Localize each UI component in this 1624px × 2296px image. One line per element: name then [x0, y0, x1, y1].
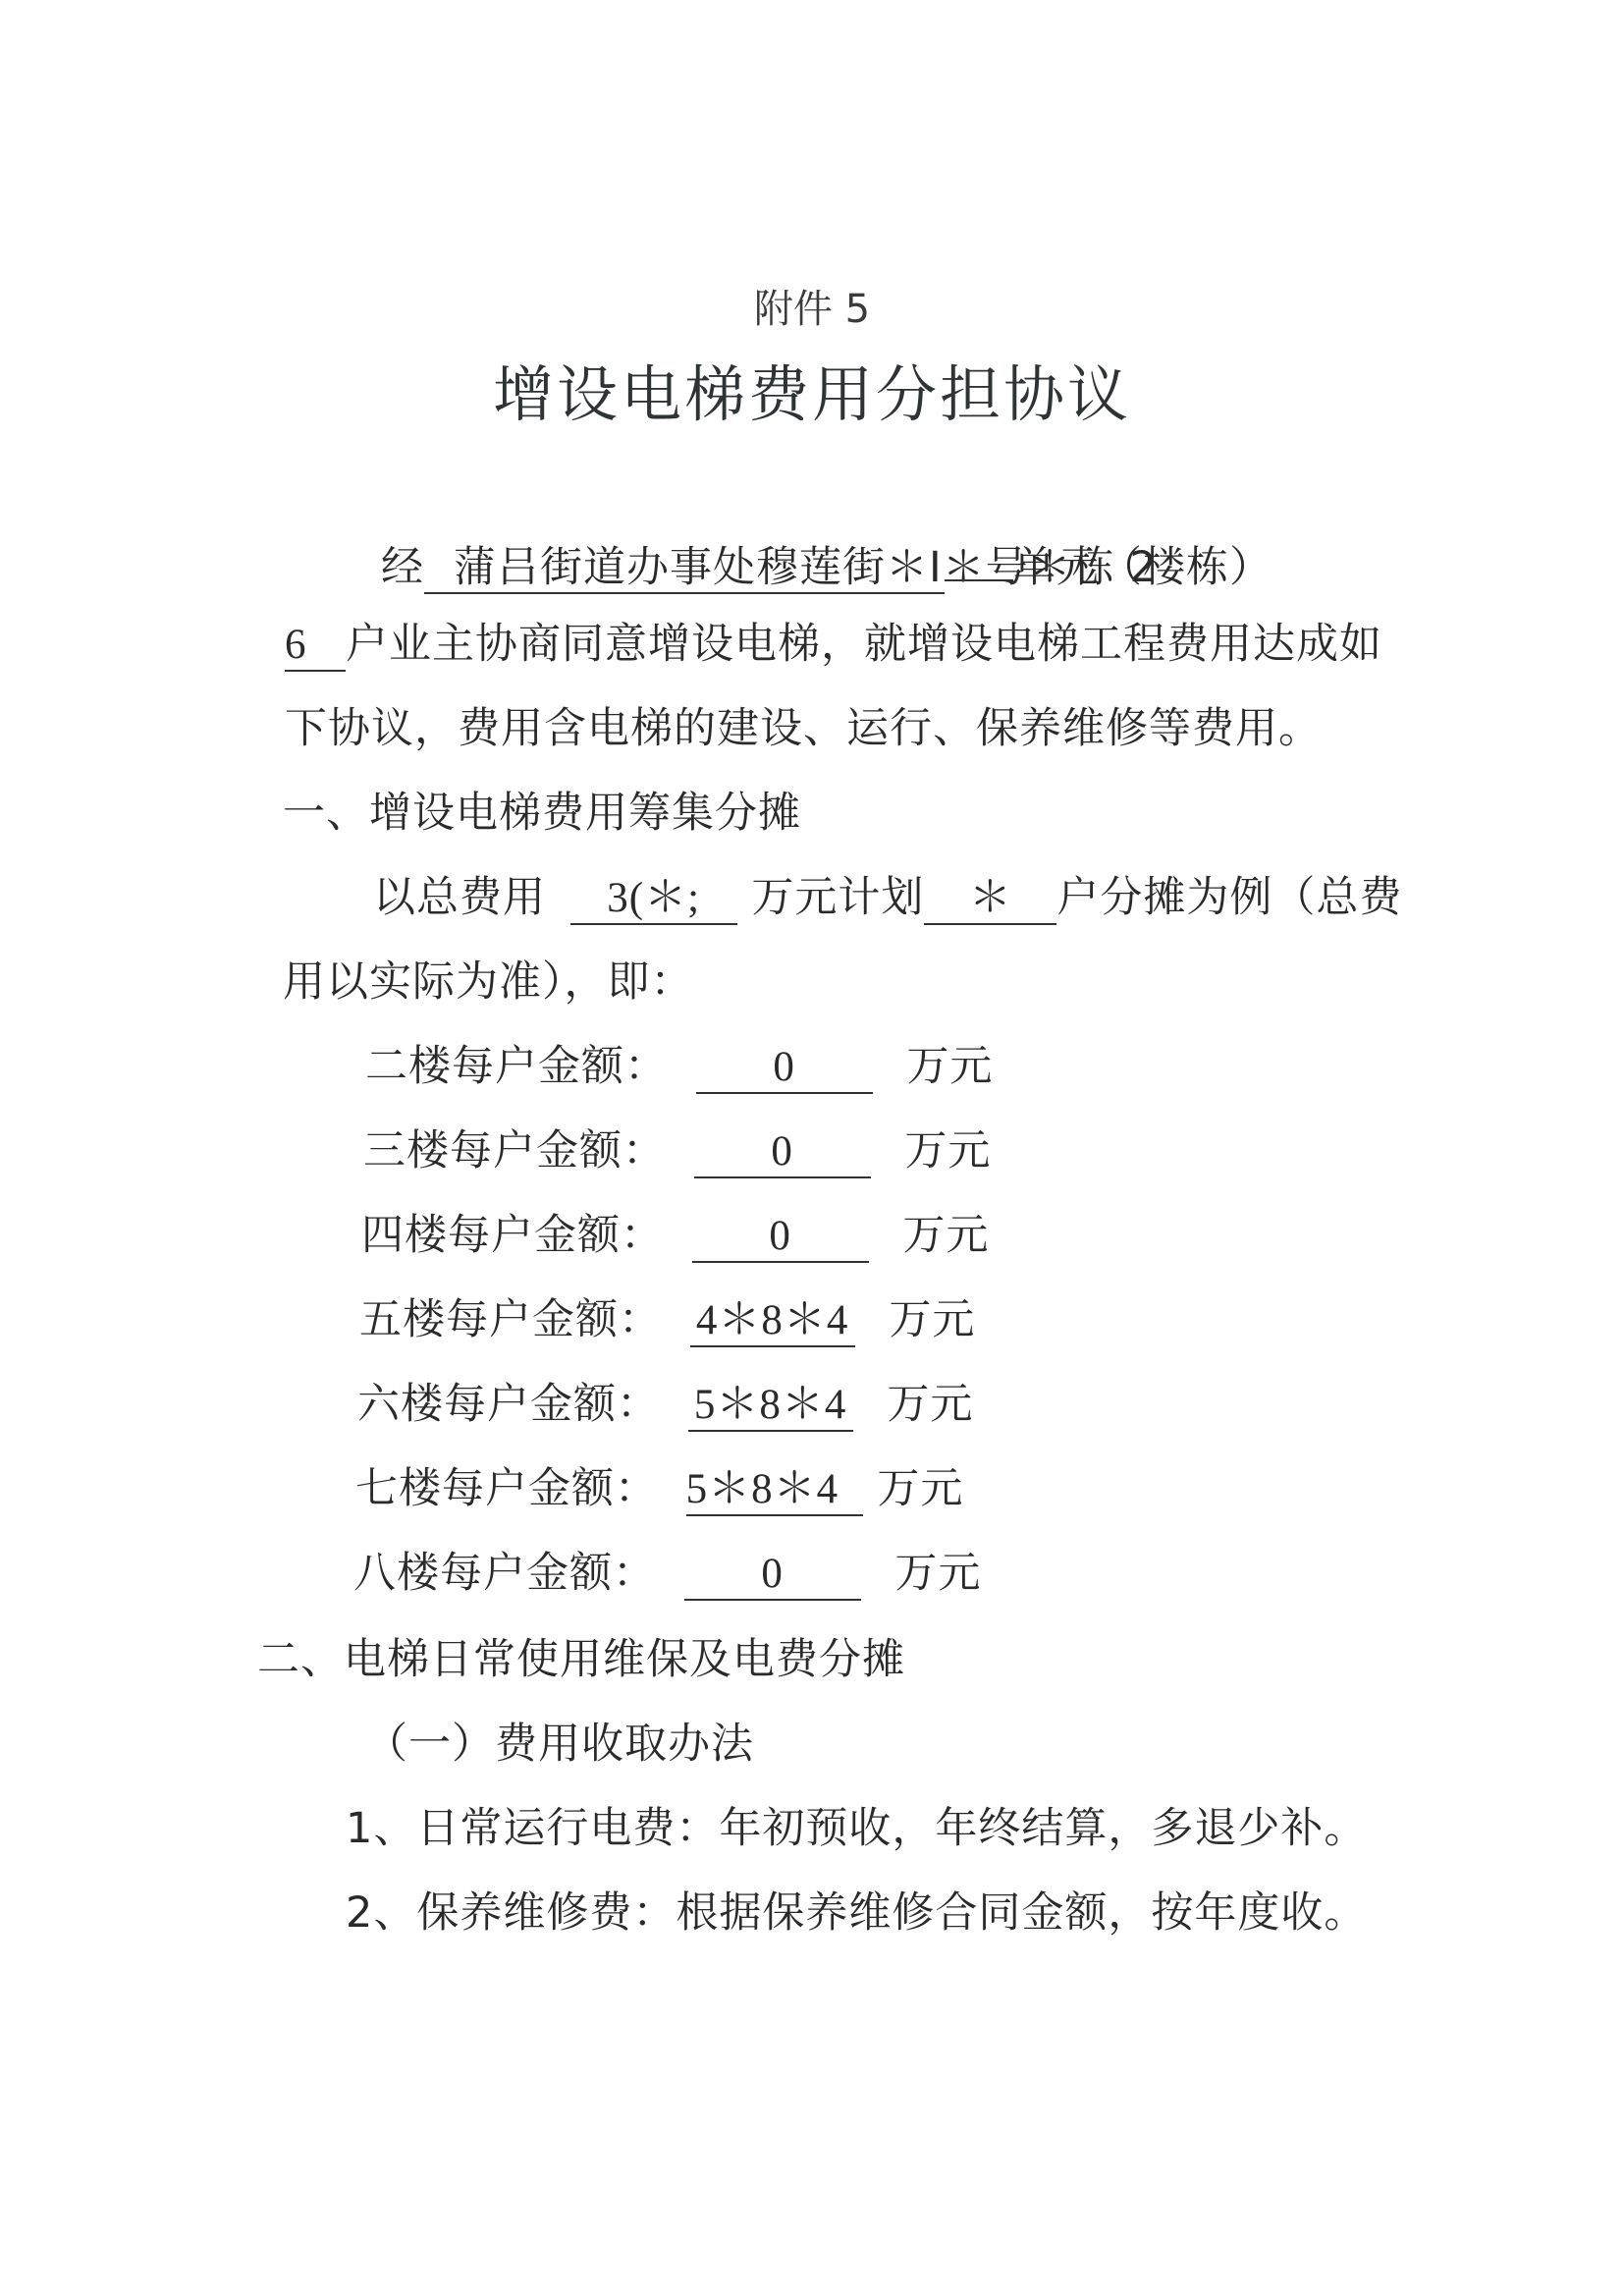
fee-item-2: 2、保养维修费：根据保养维修合同金额，按年度收。: [346, 1884, 1367, 1942]
amount-row-5f: 五楼每户金额： 4＊8＊4 万元: [359, 1290, 975, 1349]
amount-unit: 万元: [877, 1464, 963, 1513]
total-prefix: 以总费用: [373, 873, 546, 922]
amount-row-2f: 二楼每户金额： 0 万元: [365, 1037, 993, 1096]
amount-label: 六楼每户金额：: [357, 1375, 660, 1434]
amount-row-3f: 三楼每户金额： 0 万元: [363, 1121, 991, 1180]
amount-label: 五楼每户金额：: [359, 1290, 662, 1349]
section-1-heading: 一、增设电梯费用筹集分摊: [283, 784, 801, 843]
total-suffix: 户分摊为例（总费: [1056, 873, 1402, 922]
amount-value: 0: [694, 1127, 871, 1178]
amount-value: 0: [684, 1550, 861, 1601]
fee-item-1: 1、日常运行电费：年初预收，年终结算，多退少补。: [346, 1799, 1367, 1858]
location-field: 蒲吕街道办事处穆莲街＊I＊号＊栋 2: [424, 543, 945, 594]
amount-unit: 万元: [902, 1211, 989, 1260]
document-title: 增设电梯费用分担协议: [0, 355, 1624, 434]
amount-row-4f: 四楼每户金额： 0 万元: [361, 1206, 989, 1265]
amount-value: 0: [692, 1212, 869, 1263]
amount-label: 八楼每户金额：: [353, 1544, 656, 1603]
section-2-subheading: （一）费用收取办法: [365, 1715, 754, 1774]
total-cost-field: 3(＊;: [570, 874, 737, 925]
planned-households-field: ＊: [924, 874, 1056, 925]
location-blank-tail: [945, 530, 1013, 581]
section-2-heading: 二、电梯日常使用维保及电费分摊: [257, 1630, 905, 1689]
amount-label: 三楼每户金额：: [363, 1121, 666, 1180]
households-field: 6: [285, 621, 346, 672]
total-cost-note: 用以实际为准），即：: [283, 953, 694, 1011]
amount-value: 5＊8＊4: [688, 1381, 853, 1432]
amount-unit: 万元: [889, 1295, 975, 1344]
amount-row-6f: 六楼每户金额： 5＊8＊4 万元: [357, 1375, 973, 1434]
amount-value: 5＊8＊4: [686, 1465, 863, 1516]
total-mid: 万元计划: [751, 873, 924, 922]
amount-row-7f: 七楼每户金额： 5＊8＊4 万元: [355, 1459, 963, 1518]
intro-line-2: 6户业主协商同意增设电梯，就增设电梯工程费用达成如: [285, 615, 1382, 674]
amount-value: 0: [696, 1043, 873, 1094]
amount-value: 4＊8＊4: [690, 1296, 855, 1347]
intro-line-3: 下协议，费用含电梯的建设、运行、保养维修等费用。: [285, 699, 1322, 758]
total-cost-line: 以总费用 3(＊; 万元计划＊户分摊为例（总费: [373, 868, 1402, 927]
amount-label: 四楼每户金额：: [361, 1206, 664, 1265]
amount-unit: 万元: [906, 1042, 993, 1091]
amount-unit: 万元: [904, 1126, 991, 1175]
amount-unit: 万元: [887, 1380, 973, 1429]
attachment-label: 附件 5: [0, 282, 1624, 337]
amount-unit: 万元: [894, 1549, 981, 1598]
amount-label: 二楼每户金额：: [365, 1037, 668, 1096]
intro-line-2-text: 户业主协商同意增设电梯，就增设电梯工程费用达成如: [346, 620, 1382, 669]
intro-prefix: 经: [381, 543, 424, 592]
amount-label: 七楼每户金额：: [355, 1459, 658, 1518]
intro-line-1: 经蒲吕街道办事处穆莲街＊I＊号＊栋 2单元（楼栋）: [381, 530, 1272, 597]
amount-row-8f: 八楼每户金额： 0 万元: [353, 1544, 981, 1603]
unit-suffix: 单元（楼栋）: [1013, 543, 1272, 592]
